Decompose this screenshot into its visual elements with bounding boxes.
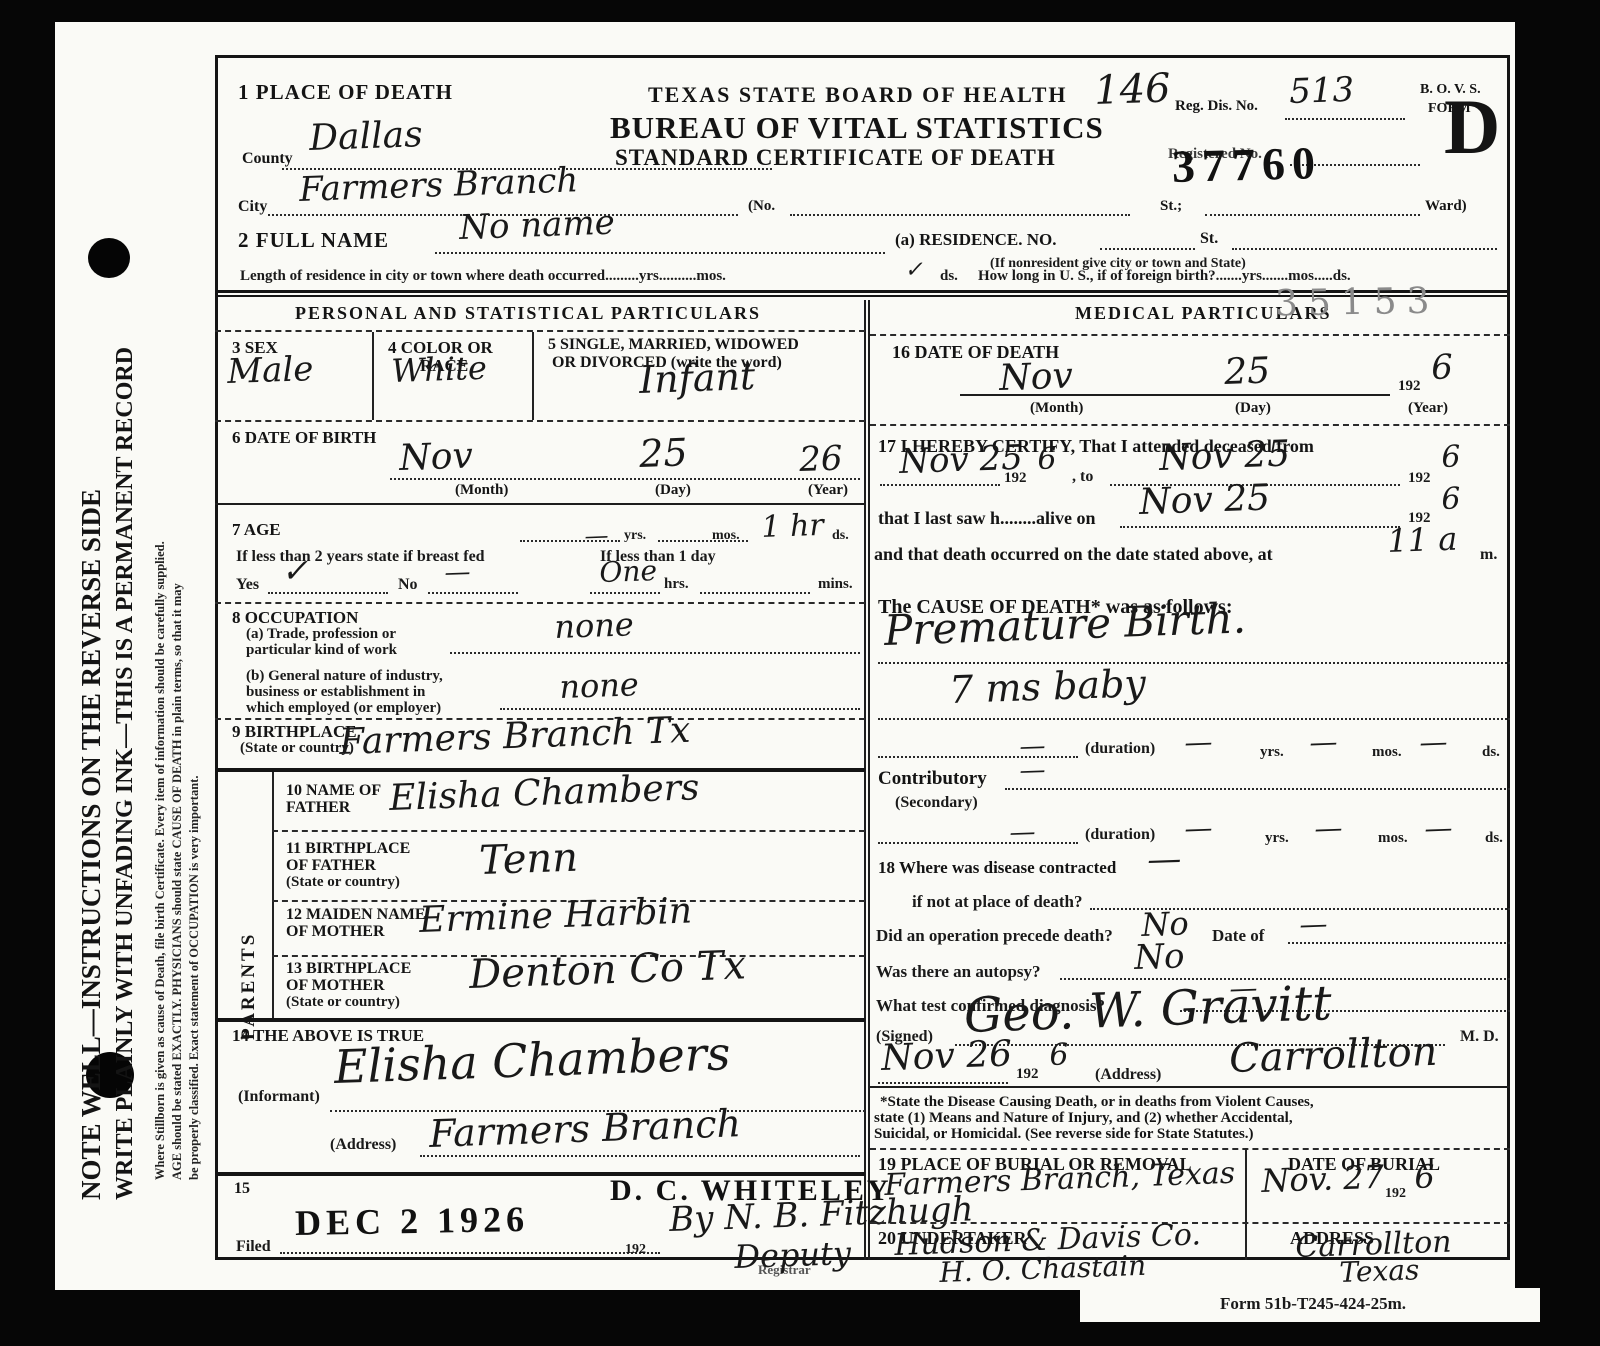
pencil-file-number: 35153: [1275, 281, 1440, 325]
age-mos-label: mos.: [712, 528, 740, 544]
medical-heading-rule: [870, 334, 1510, 336]
color-marital-divider: [532, 332, 534, 420]
birth-bottom-rule: [215, 503, 865, 505]
city-ward-label: Ward): [1425, 198, 1467, 215]
filed-label: Filed: [236, 1238, 271, 1256]
reg-dis-label: Reg. Dis. No.: [1175, 98, 1258, 115]
city-no-label: (No.: [748, 198, 775, 215]
birth-month-caption: (Month): [455, 482, 508, 499]
md-label: M. D.: [1460, 1028, 1499, 1046]
father-name-rule: [272, 830, 865, 832]
age-yrs-label: yrs.: [624, 528, 646, 544]
sign-address-label: (Address): [1095, 1066, 1161, 1084]
mins-label: mins.: [818, 576, 853, 593]
yes-line: [268, 592, 388, 594]
burial-year-hand: 6: [1414, 1157, 1436, 1196]
form-letter-d: D: [1444, 88, 1500, 166]
death-month-caption: (Month): [1030, 400, 1083, 417]
certify-line2: that I last saw h........alive on: [878, 508, 1096, 529]
hrs-value: One: [599, 554, 658, 589]
sex-color-divider: [372, 332, 374, 420]
hrs-label: hrs.: [664, 576, 689, 593]
death-day-caption: (Day): [1235, 400, 1271, 417]
filed-date-stamp: DEC 2 1926: [295, 1198, 530, 1244]
secondary-label: (Secondary): [895, 794, 978, 812]
mother-birthplace-value: Denton Co Tx: [468, 942, 746, 998]
duration2-yrs-dash: —: [1184, 811, 1213, 845]
no-mark: —: [444, 557, 471, 588]
personal-heading: PERSONAL AND STATISTICAL PARTICULARS: [295, 303, 761, 324]
contributory-dash: —: [1019, 755, 1046, 786]
death-year-caption: (Year): [1408, 400, 1448, 417]
parents-bottom-rule: [215, 1018, 865, 1022]
age-ds-label: ds.: [832, 528, 849, 544]
informant-address-label: (Address): [330, 1136, 396, 1154]
certify-to-label: , to: [1072, 468, 1093, 486]
birth-day-value: 25: [638, 430, 688, 476]
mother-name-label1: 12 MAIDEN NAME: [286, 906, 426, 924]
age-ds-value: 1 hr: [761, 508, 824, 545]
occupation-a2: particular kind of work: [246, 642, 397, 659]
death-year-printed: 192: [1398, 378, 1421, 395]
filed-year-printed: 192: [625, 1242, 646, 1258]
occupation-b3: which employed (or employer): [246, 700, 441, 717]
certify-to-year-printed: 192: [1408, 470, 1431, 487]
footnote-line1: *State the Disease Causing Death, or in …: [880, 1094, 1314, 1111]
duration2-label: (duration): [1085, 826, 1155, 844]
yes-mark: ✓: [281, 551, 309, 590]
yes-label: Yes: [236, 576, 259, 594]
residence-st-label: St.: [1200, 230, 1218, 248]
occupation-b2: business or establishment in: [246, 684, 425, 701]
age-yrs-dash: —: [584, 521, 609, 550]
cause-value-2: 7 ms baby: [948, 661, 1146, 712]
q18-date-of-label: Date of: [1212, 926, 1264, 946]
q18-not-at-place-label: if not at place of death?: [912, 892, 1082, 912]
q18-operation-label: Did an operation precede death?: [876, 926, 1113, 946]
certify-from-year-hand: 6: [1037, 441, 1057, 477]
margin-note-line-a: Where Stillborn is given as cause of Dea…: [153, 541, 167, 1180]
reg-dis-line: [1285, 118, 1405, 120]
informant-address-line: [420, 1155, 860, 1157]
filed-line: [280, 1252, 660, 1254]
marital-label1: 5 SINGLE, MARRIED, WIDOWED: [548, 336, 799, 354]
birth-line: [390, 478, 860, 480]
no-line: [428, 592, 518, 594]
duration1-mos-label: mos.: [1372, 744, 1402, 761]
death-year-hand: 6: [1431, 347, 1454, 388]
duration1-yrs-dash: —: [1184, 725, 1213, 759]
death-month-value: Nov: [999, 355, 1074, 399]
registrar-deputy-value: Deputy: [734, 1234, 852, 1276]
city-st-label: St.;: [1160, 198, 1182, 215]
father-name-label1: 10 NAME OF: [286, 782, 381, 800]
sign-address-value: Carrollton: [1228, 1029, 1438, 1082]
scanned-death-certificate: NOTE WELL—INSTRUCTIONS ON THE REVERSE SI…: [0, 0, 1600, 1346]
place-of-death-label: 1 PLACE OF DEATH: [238, 80, 453, 105]
informant-label: (Informant): [238, 1088, 320, 1106]
form-word-vertical: FORM: [1428, 102, 1443, 116]
q18-date-of-dash: —: [1299, 907, 1328, 941]
registered-no-stamp: 37760: [1171, 136, 1322, 193]
residence-length-line1: Length of residence in city or town wher…: [240, 268, 726, 285]
duration1-ds-dash: —: [1419, 725, 1448, 759]
burial-top-rule: [870, 1148, 1510, 1150]
occupation-a1: (a) Trade, profession or: [246, 626, 396, 643]
certificate-title: STANDARD CERTIFICATE OF DEATH: [615, 145, 1056, 171]
marital-value: Infant: [638, 354, 755, 402]
city-st-line: [1205, 214, 1420, 216]
birth-year-caption: (Year): [808, 482, 848, 499]
father-birthplace-label3: (State or country): [286, 874, 400, 891]
age-bottom-rule: [215, 602, 865, 604]
occupation-b1: (b) General nature of industry,: [246, 668, 443, 685]
burial-date-value: Nov. 27: [1261, 1158, 1385, 1200]
duration1-pre-line: [878, 756, 1078, 758]
hrs-line: [590, 592, 660, 594]
occupation-b-value: none: [559, 665, 640, 706]
sign-bottom-rule: [870, 1086, 1510, 1088]
parents-vertical-label: PARENTS: [238, 820, 260, 1040]
q18-dash: —: [1147, 839, 1182, 880]
column-divider: [864, 300, 870, 1260]
mother-birthplace-label1: 13 BIRTHPLACE: [286, 960, 411, 978]
q18-label: 18 Where was disease contracted: [878, 858, 1116, 878]
age-label: 7 AGE: [232, 520, 281, 540]
mother-name-label2: OF MOTHER: [286, 923, 385, 941]
mins-line: [700, 592, 810, 594]
footnote-line3: Suicidal, or Homicidal. (See reverse sid…: [874, 1126, 1254, 1143]
duration2-pre-line: [878, 842, 1078, 844]
personal-heading-rule: [215, 330, 865, 332]
bureau-title: BUREAU OF VITAL STATISTICS: [610, 110, 1104, 146]
death-time-value: 11 a: [1387, 520, 1458, 560]
date-of-birth-label: 6 DATE OF BIRTH: [232, 428, 376, 448]
undertaker-address-value2: Texas: [1339, 1253, 1420, 1289]
q18-autopsy-value: No: [1134, 936, 1186, 978]
burial-year-printed: 192: [1385, 1186, 1406, 1202]
birthplace-sub: (State or country): [240, 740, 354, 757]
residence-st-line: [1232, 248, 1497, 250]
birthplace-bottom-rule: [215, 768, 865, 772]
sex-value: Male: [227, 349, 314, 392]
duration2-ds-dash: —: [1424, 811, 1453, 845]
duration2-ds-label: ds.: [1485, 830, 1503, 847]
certify-saw-value: Nov 25: [1139, 477, 1271, 523]
contributory-line: [1005, 788, 1510, 790]
duration1-yrs-label: yrs.: [1260, 744, 1284, 761]
residence-label: (a) RESIDENCE. NO.: [895, 230, 1057, 250]
cause-line-2: [878, 718, 1510, 720]
birth-year-value: 26: [799, 439, 844, 480]
parents-divider: [272, 772, 274, 1020]
q18-autopsy-label: Was there an autopsy?: [876, 962, 1041, 982]
color-race-value: White: [391, 349, 488, 390]
death-date-bottom-rule: [870, 424, 1510, 426]
certify-from-year-printed: 192: [1004, 470, 1027, 487]
reg-dis-handwritten-number: 146: [1093, 65, 1171, 114]
mother-birthplace-label2: OF MOTHER: [286, 977, 385, 995]
death-date-line: [960, 394, 1390, 396]
board-title: TEXAS STATE BOARD OF HEALTH: [648, 82, 1068, 108]
duration2-yrs-label: yrs.: [1265, 830, 1289, 847]
occupation-a-line: [450, 652, 860, 654]
death-time-m-label: m.: [1480, 546, 1497, 564]
row5-rule: [215, 420, 865, 422]
birth-month-value: Nov: [399, 435, 474, 479]
certify-to-value: Nov 25: [1159, 433, 1291, 479]
duration2-mos-label: mos.: [1378, 830, 1408, 847]
county-value: Dallas: [309, 114, 424, 159]
certify-saw-year-hand: 6: [1441, 481, 1461, 517]
margin-note-line-b: AGE should be stated EXACTLY. PHYSICIANS…: [170, 583, 184, 1180]
full-name-label: 2 FULL NAME: [238, 228, 389, 253]
form-number: Form 51b-T245-424-25m.: [1220, 1294, 1406, 1314]
county-label: County: [242, 150, 293, 168]
full-name-value: No name: [459, 203, 616, 248]
certify-to-year-hand: 6: [1441, 439, 1461, 475]
occupation-a-value: none: [554, 605, 635, 646]
father-name-label2: FATHER: [286, 799, 350, 817]
death-day-value: 25: [1224, 350, 1271, 393]
footnote-line2: state (1) Means and Nature of Injury, an…: [874, 1110, 1293, 1127]
q18-date-of-line: [1288, 942, 1510, 944]
full-name-line: [435, 252, 885, 254]
margin-note-instructions: Where Stillborn is given as cause of Dea…: [152, 170, 203, 1180]
residence-no-line: [1100, 248, 1195, 250]
sign-date-value: Nov 26: [881, 1033, 1013, 1079]
mother-birthplace-label3: (State or country): [286, 994, 400, 1011]
margin-note-permanent-record: WRITE PLAINLY WITH UNFADING INK—THIS IS …: [112, 140, 139, 1200]
certify-saw-line: [1120, 526, 1400, 528]
burial-divider: [1245, 1148, 1247, 1260]
occupation-label: 8 OCCUPATION: [232, 608, 358, 628]
father-birthplace-value: Tenn: [478, 835, 578, 884]
city-no-line: [790, 214, 1130, 216]
birth-day-caption: (Day): [655, 482, 691, 499]
sign-year-hand: 6: [1049, 1037, 1069, 1073]
duration1-ds-label: ds.: [1482, 744, 1500, 761]
duration1-label: (duration): [1085, 740, 1155, 758]
father-birthplace-label1: 11 BIRTHPLACE: [286, 840, 410, 858]
cause-line-1: [878, 662, 1510, 664]
father-birthplace-label2: OF FATHER: [286, 857, 376, 875]
duration2-pre-dash: —: [1009, 817, 1036, 848]
certify-line3: and that death occurred on the date stat…: [874, 544, 1273, 565]
no-label: No: [398, 576, 418, 594]
sign-date-line: [878, 1082, 1008, 1084]
duration1-mos-dash: —: [1309, 725, 1338, 759]
duration2-mos-dash: —: [1314, 811, 1343, 845]
residence-length-check: ✓: [904, 257, 923, 283]
city-label: City: [238, 198, 267, 216]
field15-number: 15: [234, 1180, 250, 1198]
reg-dis-value: 513: [1289, 70, 1355, 112]
contributory-label: Contributory: [878, 768, 987, 790]
certify-from-line: [880, 484, 1000, 486]
margin-note-line-c: be properly classified. Exact statement …: [187, 776, 201, 1180]
margin-note-reverse-side: NOTE WELL—INSTRUCTIONS ON THE REVERSE SI…: [76, 140, 107, 1200]
sign-year-printed: 192: [1016, 1066, 1039, 1083]
residence-length-ds: ds.: [940, 268, 958, 285]
